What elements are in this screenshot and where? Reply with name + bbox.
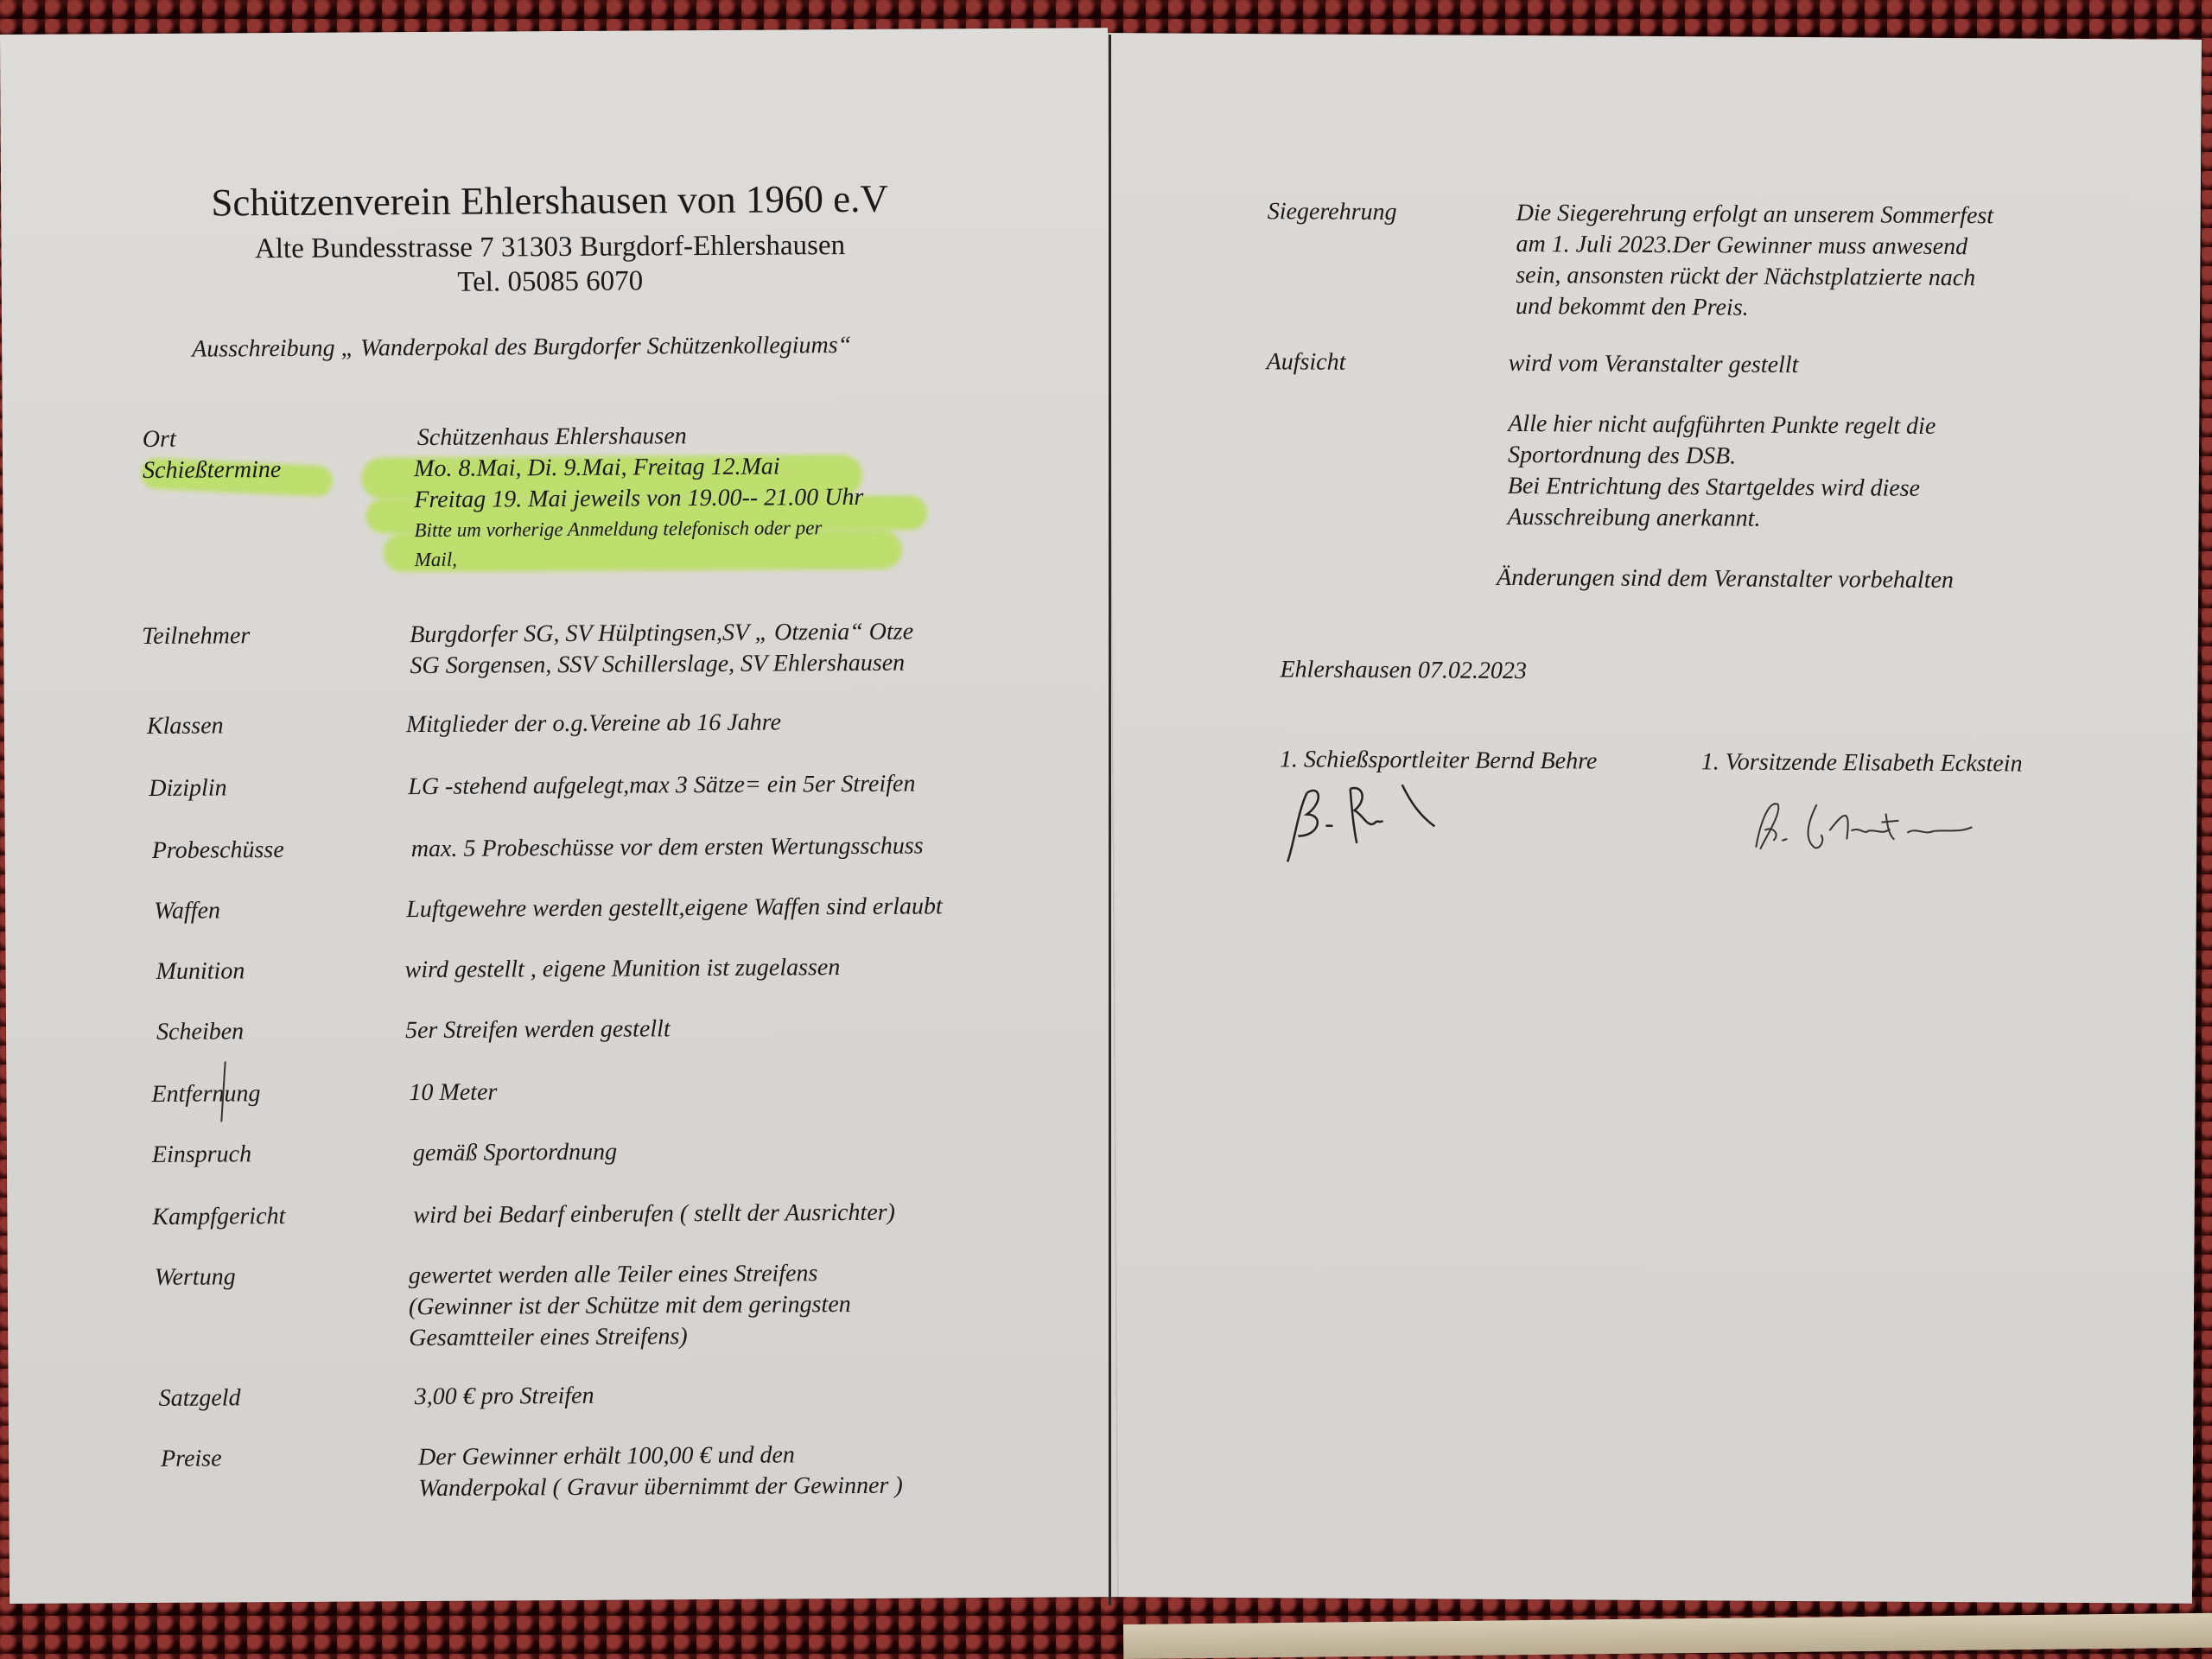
page-2: Siegerehrung Die Siegerehrung erfolgt an… <box>1086 33 2202 1604</box>
wooden-ledge <box>1123 1613 2212 1659</box>
announcement-title: Ausschreibung „ Wanderpokal des Burgdorf… <box>192 332 851 364</box>
club-address: Alte Bundesstrasse 7 31303 Burgdorf-Ehle… <box>1 228 1098 267</box>
page-1: Schützenverein Ehlershausen von 1960 e.V… <box>0 28 1117 1604</box>
section-value: wird vom Veranstalter gestellt <box>1509 348 1799 381</box>
section-label: Aufsicht <box>1267 346 1346 378</box>
section-value: Die Siegerehrung erfolgt an unserem Somm… <box>1516 198 1993 325</box>
club-name: Schützenverein Ehlershausen von 1960 e.V <box>1 175 1098 226</box>
section-label: Siegerehrung <box>1268 196 1397 228</box>
signature-elisabeth-eckstein <box>1738 787 1999 875</box>
signature-bernd-behre <box>1281 775 1489 880</box>
club-phone: Tel. 05085 6070 <box>2 263 1099 302</box>
page-divider <box>1109 35 1111 1605</box>
